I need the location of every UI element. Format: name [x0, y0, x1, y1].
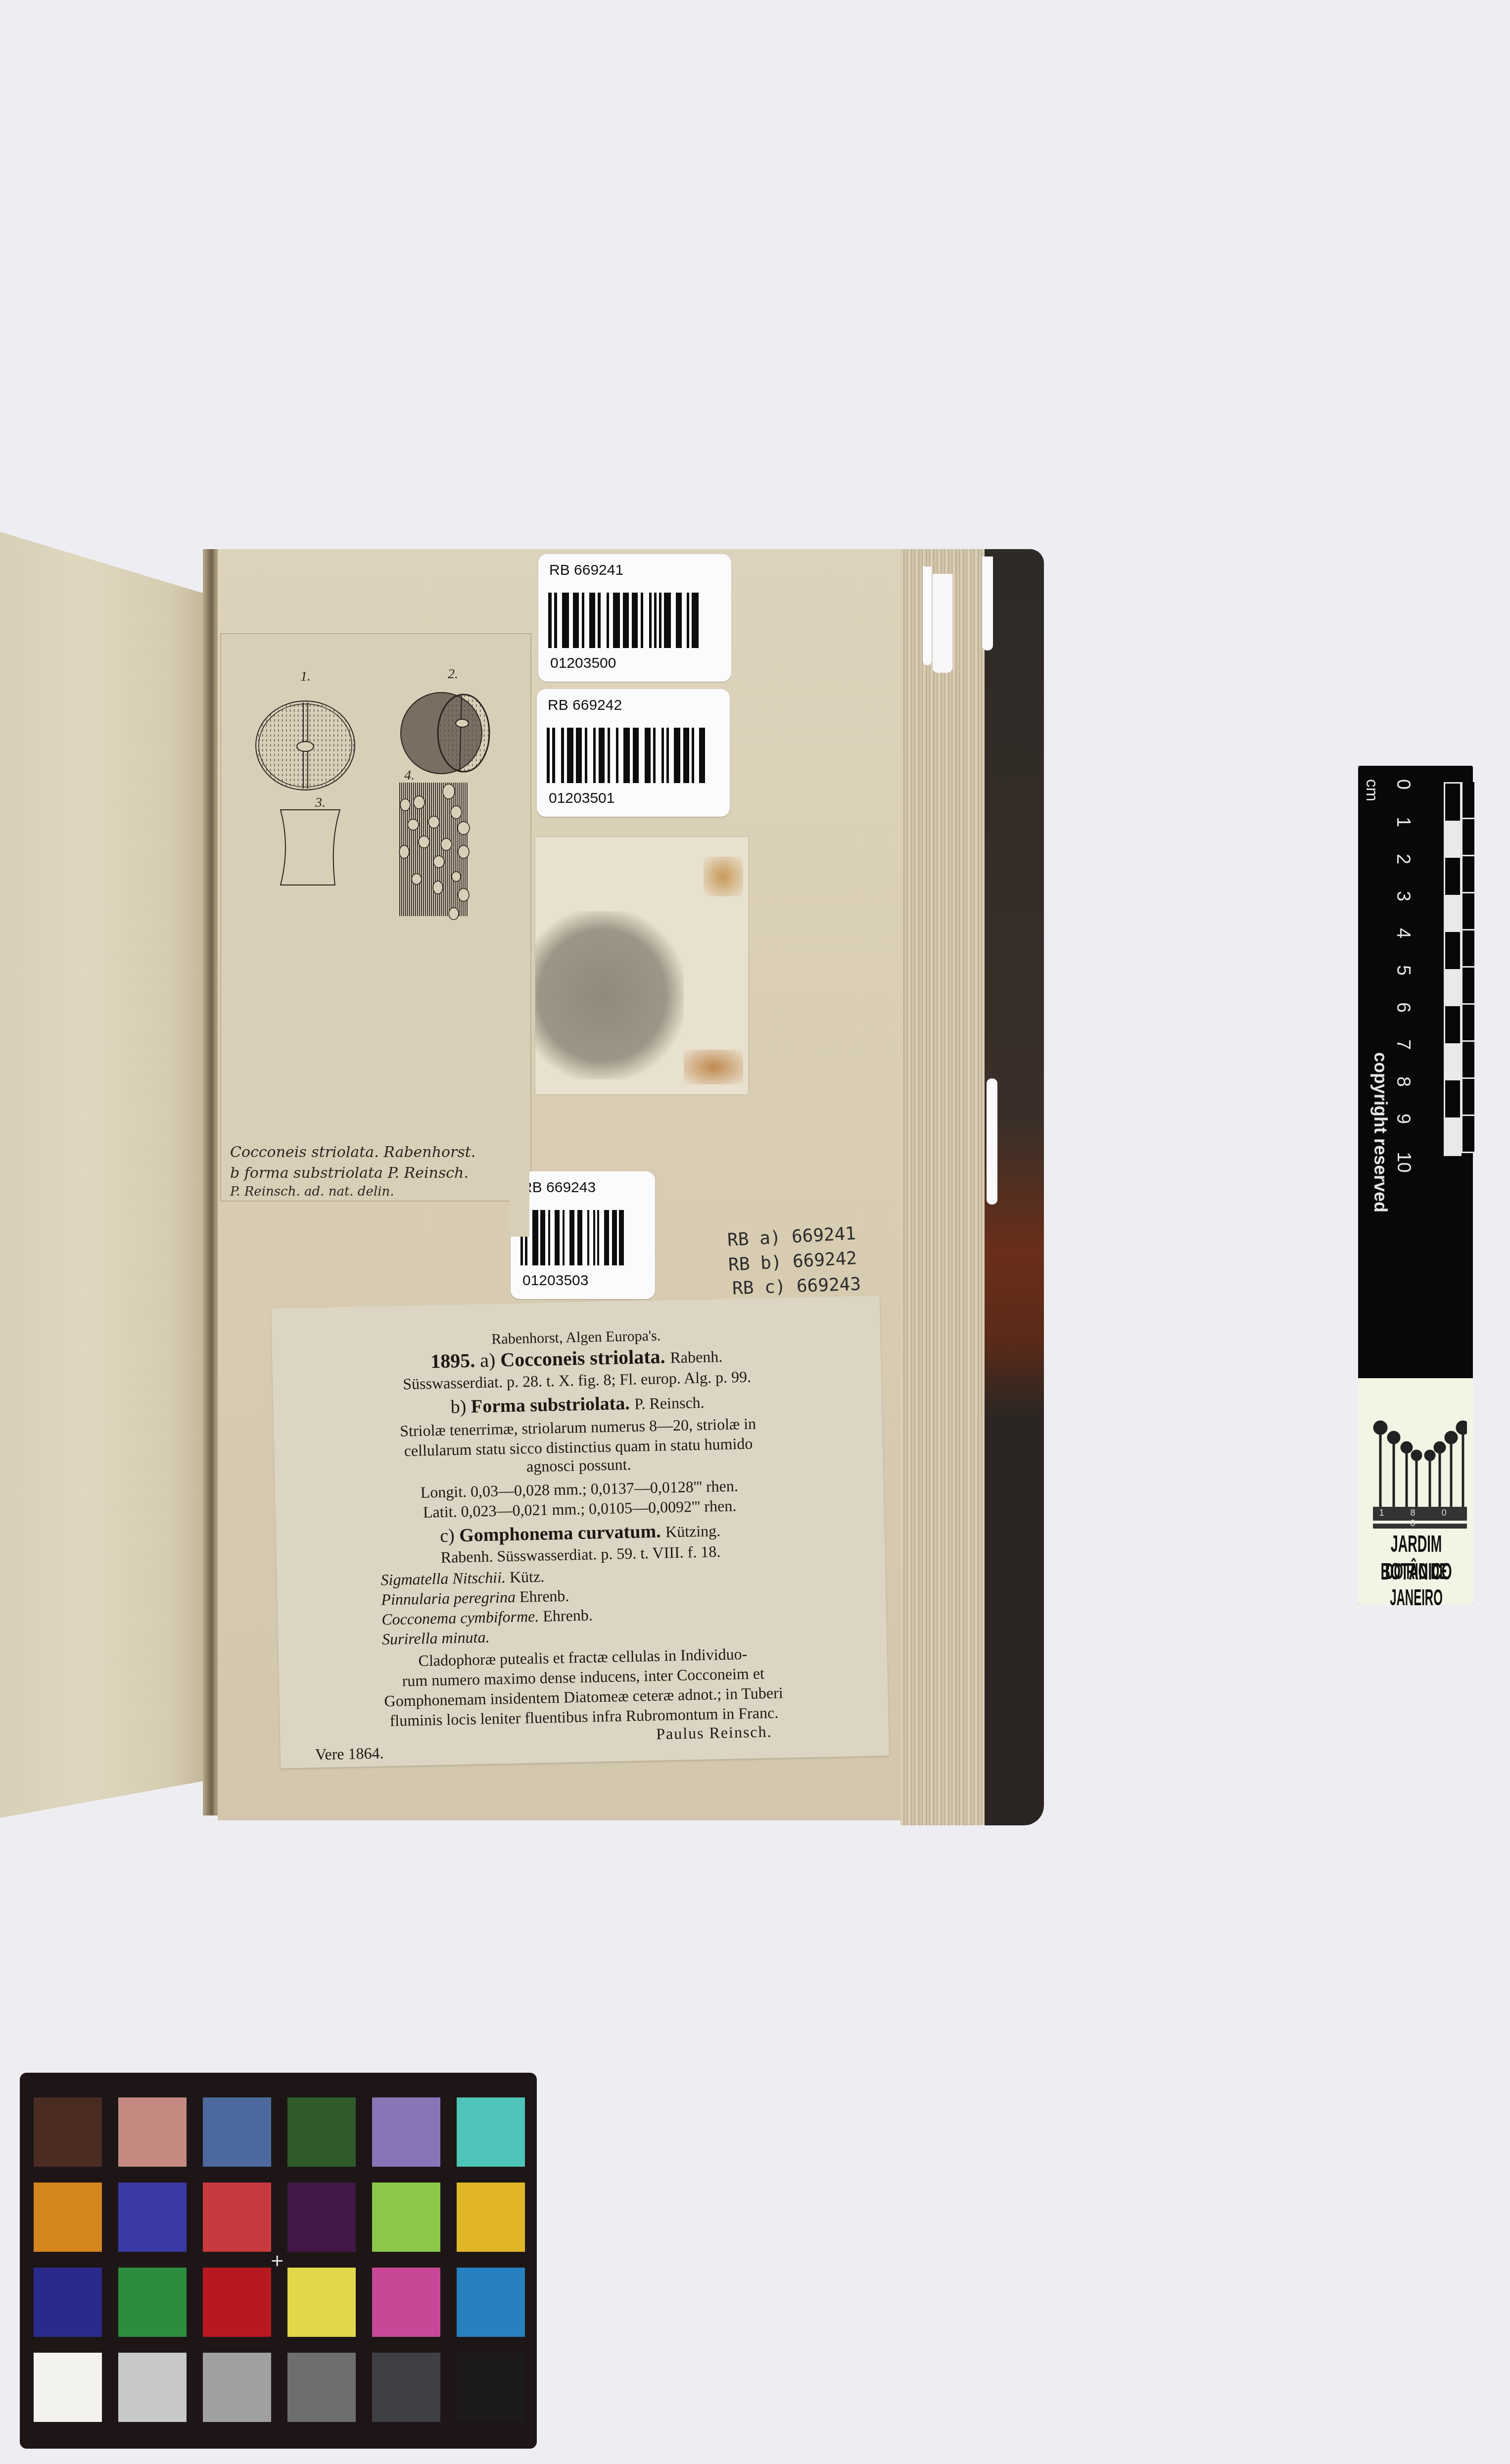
color-checker-card: + — [20, 2073, 537, 2449]
barcode-icon — [548, 593, 707, 648]
color-patch — [287, 2353, 356, 2422]
left-book-page — [0, 532, 213, 1818]
barcode-label: RB 669242 01203501 — [537, 689, 730, 817]
ruler-tick: 6 — [1392, 1002, 1414, 1013]
ruler-tick: 10 — [1393, 1152, 1414, 1172]
color-patch — [457, 2353, 525, 2422]
copyright-text: copyright reserved — [1370, 1051, 1391, 1214]
catalog-number: 01203503 — [522, 1272, 588, 1289]
ruler-tick: 7 — [1392, 1039, 1414, 1050]
rb-number: RB 669243 — [521, 1179, 596, 1196]
figure-number: 2. — [448, 666, 458, 682]
color-patch — [34, 2097, 102, 2167]
page-tab — [933, 574, 952, 673]
figure-number: 3. — [315, 795, 326, 811]
page-tab — [923, 566, 932, 665]
ruler-tick: 5 — [1392, 965, 1414, 976]
ruler-tick: 2 — [1392, 854, 1414, 864]
catalog-number: 01203500 — [550, 655, 616, 672]
ruler-unit: cm — [1362, 779, 1381, 801]
diatom-drawings-icon — [221, 634, 530, 1129]
scale-bar — [1461, 782, 1474, 1153]
color-patch — [457, 2183, 525, 2252]
ruler-tick: 3 — [1392, 891, 1414, 901]
scale-bar — [1444, 782, 1462, 1156]
color-patch — [118, 2183, 187, 2252]
page-tab — [982, 557, 993, 651]
color-patch — [372, 2183, 440, 2252]
figure-number: 1. — [300, 669, 311, 685]
barcode-label: RB 669241 01203500 — [538, 554, 731, 682]
plate-overlap — [510, 1158, 529, 1237]
color-patch — [372, 2097, 440, 2167]
ruler-tick: 9 — [1392, 1114, 1414, 1124]
ruler-tick: 8 — [1392, 1076, 1414, 1087]
stain — [684, 1050, 743, 1084]
color-patch — [34, 2268, 102, 2337]
color-patch — [287, 2268, 356, 2337]
color-patch — [118, 2268, 187, 2337]
barcode-icon — [520, 1210, 644, 1265]
catalog-number: 01203501 — [549, 790, 614, 807]
barcode-icon — [547, 728, 705, 783]
rb-number: RB 669241 — [549, 562, 623, 579]
color-patch — [118, 2097, 187, 2167]
plate-caption-line: Cocconeis striolata. Rabenhorst. — [230, 1144, 475, 1161]
plate-caption-line: P. Reinsch. ad. nat. delin. — [230, 1184, 394, 1199]
jardim-botanico-logo: 1 8 0 8 JARDIM BOTÂNICO DO RIO DE JANEIR… — [1358, 1378, 1473, 1604]
page-tab — [987, 1078, 997, 1205]
stain — [704, 857, 743, 896]
color-patch — [287, 2183, 356, 2252]
ruler-tick: 1 — [1392, 817, 1414, 827]
color-patch — [203, 2268, 271, 2337]
ruler-tick: 4 — [1392, 928, 1414, 938]
color-patch — [287, 2097, 356, 2167]
specimen-packet — [534, 836, 749, 1095]
color-patch — [203, 2353, 271, 2422]
color-patch — [203, 2097, 271, 2167]
color-patch — [34, 2183, 102, 2252]
illustration-plate: 1. 2. 3. 4. Cocconeis striolata. Rabenho… — [220, 633, 531, 1202]
algae-specimen — [535, 911, 684, 1079]
ruler-tick: 0 — [1392, 779, 1414, 790]
cm-scale-ruler: cm 0 1 2 3 4 5 6 7 8 9 10 copyright rese… — [1358, 766, 1473, 1604]
color-patch — [372, 2353, 440, 2422]
color-patch — [457, 2097, 525, 2167]
color-patch — [457, 2268, 525, 2337]
color-patch — [372, 2268, 440, 2337]
barcode-label: RB 669243 01203503 — [511, 1171, 655, 1299]
plate-caption-line: b forma substriolata P. Reinsch. — [230, 1164, 469, 1182]
printed-exsiccata-label: Rabenhorst, Algen Europa's. 1895. a) Coc… — [271, 1296, 889, 1768]
logo-text-line: DO RIO DE JANEIRO — [1363, 1559, 1469, 1612]
figure-number: 4. — [404, 768, 415, 784]
rb-number: RB 669242 — [548, 697, 622, 714]
color-patch — [118, 2353, 187, 2422]
crosshair-icon: + — [270, 2251, 284, 2271]
color-patch — [203, 2183, 271, 2252]
color-patch — [34, 2353, 102, 2422]
logo-year: 1 8 0 8 — [1370, 1508, 1467, 1529]
